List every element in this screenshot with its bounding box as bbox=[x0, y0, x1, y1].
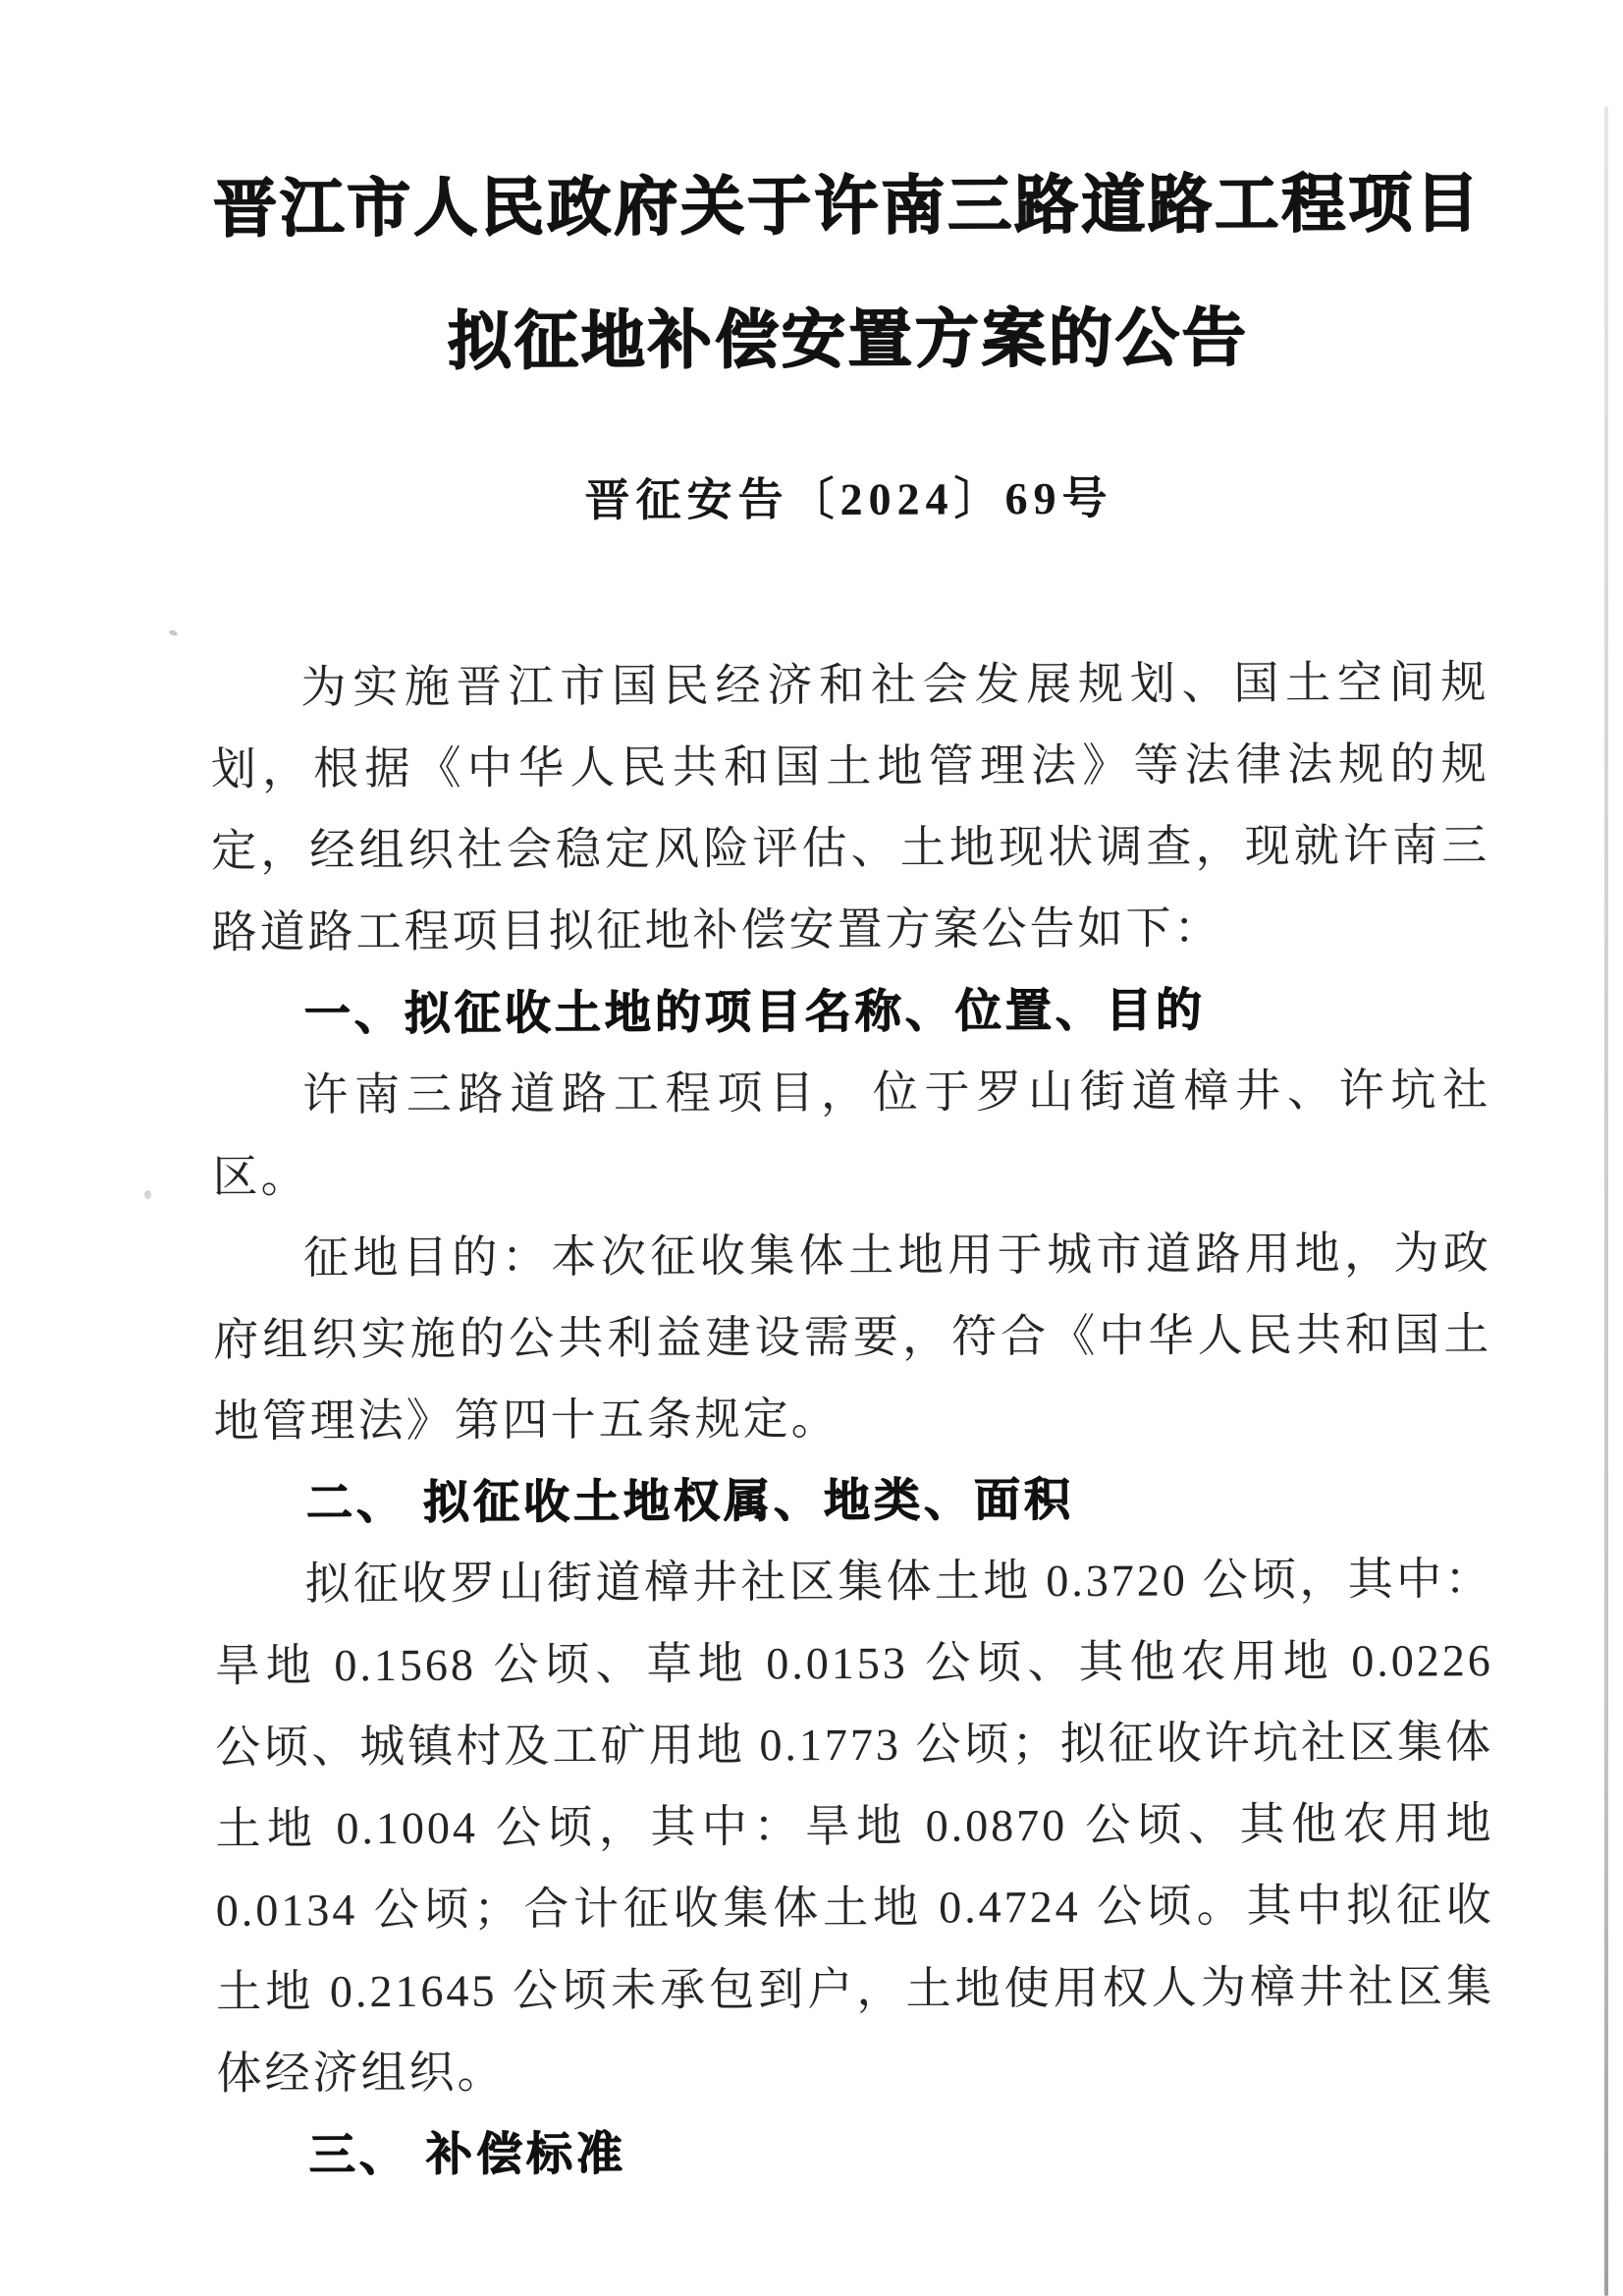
document-number: 晋征安告〔2024〕69号 bbox=[209, 461, 1488, 531]
document-title: 晋江市人民政府关于许南三路道路工程项目 拟征地补偿安置方案的公告 bbox=[208, 137, 1488, 410]
scan-speck bbox=[168, 629, 178, 637]
section-2-paragraph-1: 拟征收罗山街道樟井社区集体土地 0.3720 公顷，其中：旱地 0.1568 公… bbox=[214, 1538, 1495, 2114]
intro-paragraph: 为实施晋江市国民经济和社会发展规划、国土空间规划，根据《中华人民共和国土地管理法… bbox=[210, 641, 1489, 973]
document-body: 为实施晋江市国民经济和社会发展规划、国土空间规划，根据《中华人民共和国土地管理法… bbox=[210, 641, 1495, 2196]
section-1-paragraph-2: 征地目的：本次征收集体土地用于城市道路用地，为政府组织实施的公共利益建设需要，符… bbox=[213, 1212, 1492, 1462]
section-1-paragraph-1: 许南三路道路工程项目，位于罗山街道樟井、许坑社区。 bbox=[212, 1049, 1491, 1218]
title-line-2: 拟征地补偿安置方案的公告 bbox=[209, 270, 1488, 410]
scan-speck bbox=[144, 1190, 151, 1199]
section-1-heading: 一、拟征收土地的项目名称、位置、目的 bbox=[212, 967, 1490, 1055]
document-content: 晋江市人民政府关于许南三路道路工程项目 拟征地补偿安置方案的公告 晋征安告〔20… bbox=[208, 137, 1495, 2196]
document-page: 晋江市人民政府关于许南三路道路工程项目 拟征地补偿安置方案的公告 晋征安告〔20… bbox=[0, 0, 1623, 2296]
scan-edge-artifact bbox=[1604, 106, 1608, 2296]
section-2-heading: 二、 拟征收土地权属、地类、面积 bbox=[214, 1456, 1492, 1544]
section-3-heading: 三、 补偿标准 bbox=[217, 2108, 1495, 2196]
title-line-1: 晋江市人民政府关于许南三路道路工程项目 bbox=[208, 137, 1488, 276]
